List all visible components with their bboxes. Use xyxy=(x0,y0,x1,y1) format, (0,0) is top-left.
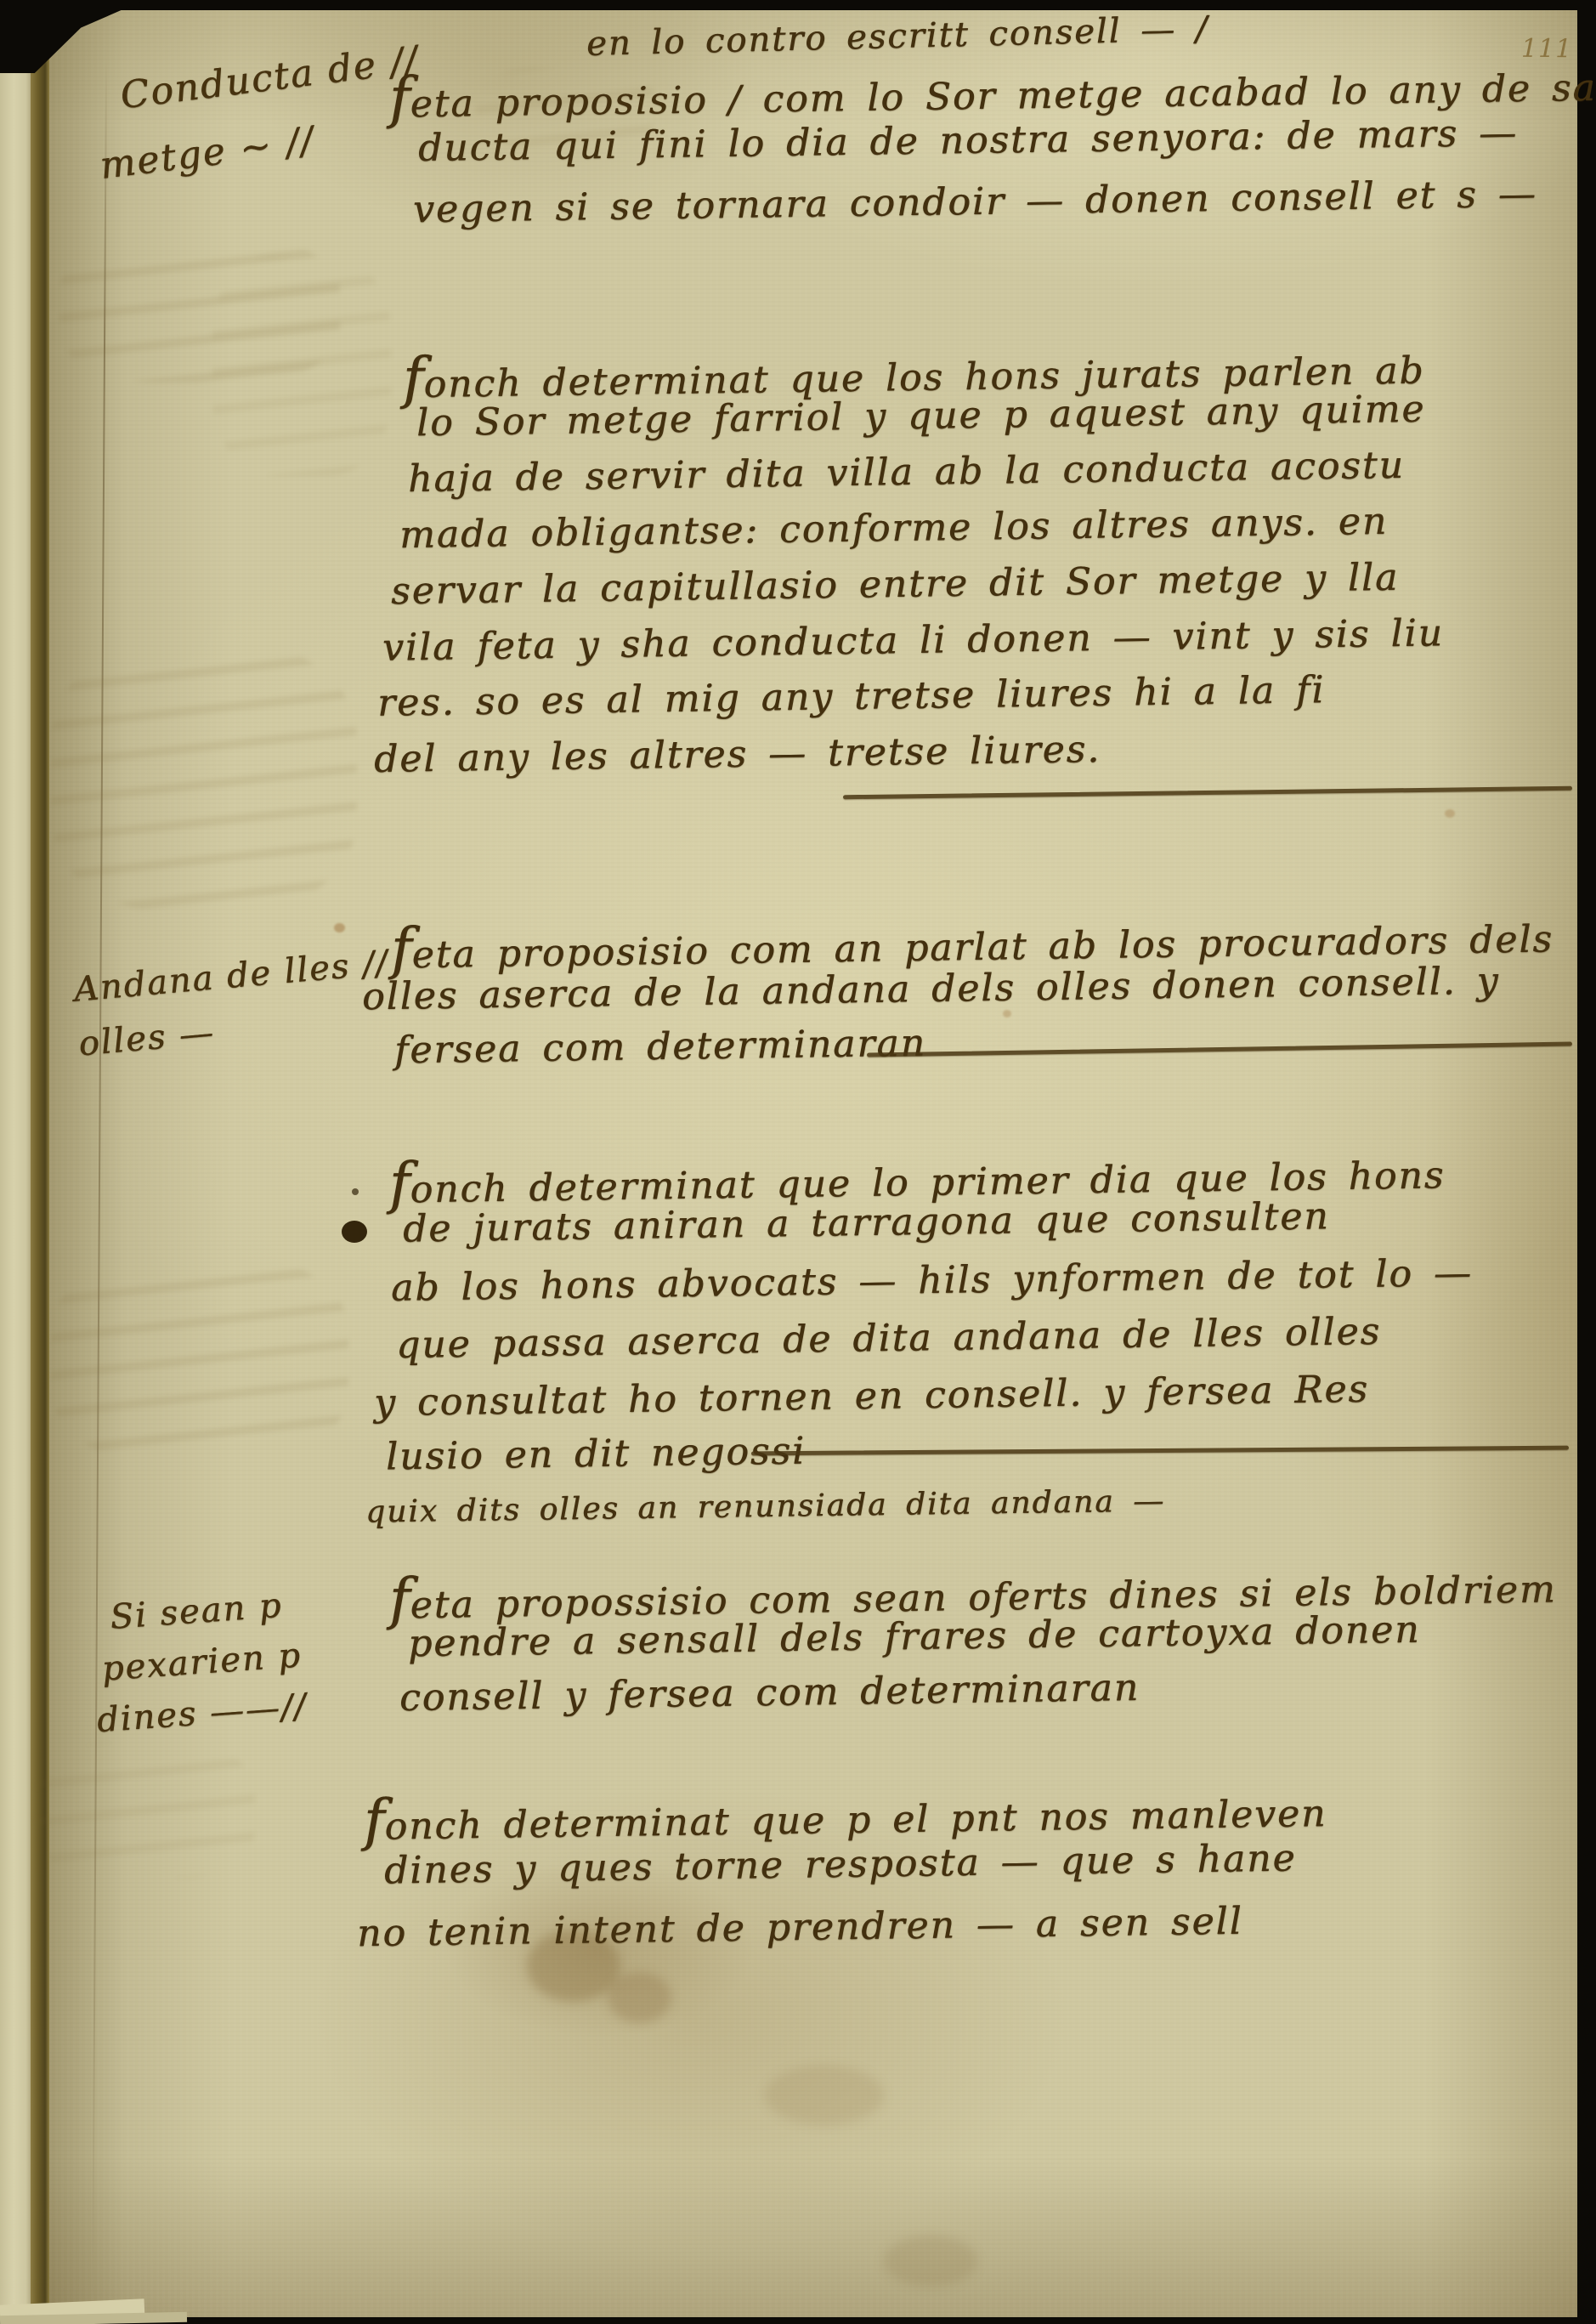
brown-stain xyxy=(765,2066,884,2125)
text-line: lusio en dit negossi xyxy=(386,1430,806,1479)
binding-gutter xyxy=(31,10,49,2317)
margin-note-dines: Si sean p pexarien p dines ——// xyxy=(109,1584,308,1738)
brown-stain xyxy=(608,1972,671,2023)
ink-bleed-ghost xyxy=(51,1258,348,1462)
rust-spot xyxy=(334,923,345,932)
manuscript-scan: { "page": { "folio_number": "111", "head… xyxy=(0,0,1596,2324)
rust-spot xyxy=(1003,1010,1011,1017)
text-line: fersea com determinaran xyxy=(394,1022,927,1073)
ink-bleed-ghost xyxy=(212,255,391,476)
brown-stain xyxy=(884,2236,977,2287)
margin-note-line: pexarien p xyxy=(100,1635,305,1688)
ink-bleed-ghost xyxy=(34,1743,255,1879)
rust-spot xyxy=(1445,809,1455,818)
ink-blot xyxy=(342,1221,367,1243)
ink-blot xyxy=(352,1188,359,1195)
ink-bleed-ghost xyxy=(51,646,357,910)
previous-page-edge xyxy=(0,10,31,2317)
